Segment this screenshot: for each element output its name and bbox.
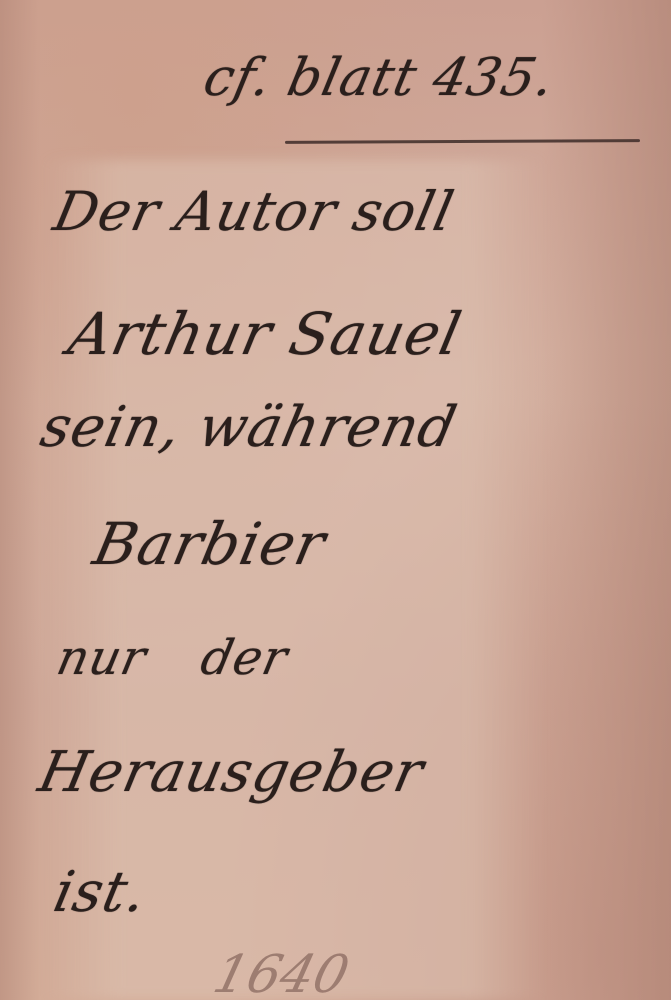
left-edge-shadow bbox=[0, 0, 40, 1000]
handwritten-line-4: Barbier bbox=[88, 510, 332, 578]
handwritten-line-6: Herausgeber bbox=[33, 740, 430, 805]
handwritten-line-3: sein, während bbox=[35, 395, 462, 460]
right-edge-shadow bbox=[541, 0, 671, 1000]
pencil-date-note: 1640 bbox=[208, 945, 355, 1000]
handwritten-line-5: nur der bbox=[52, 630, 293, 686]
handwritten-line-7: ist. bbox=[48, 860, 153, 925]
reference-note: cf. blatt 435. bbox=[199, 48, 560, 108]
handwritten-line-1: Der Autor soll bbox=[48, 180, 459, 243]
handwritten-line-2: Arthur Sauel bbox=[63, 300, 468, 368]
